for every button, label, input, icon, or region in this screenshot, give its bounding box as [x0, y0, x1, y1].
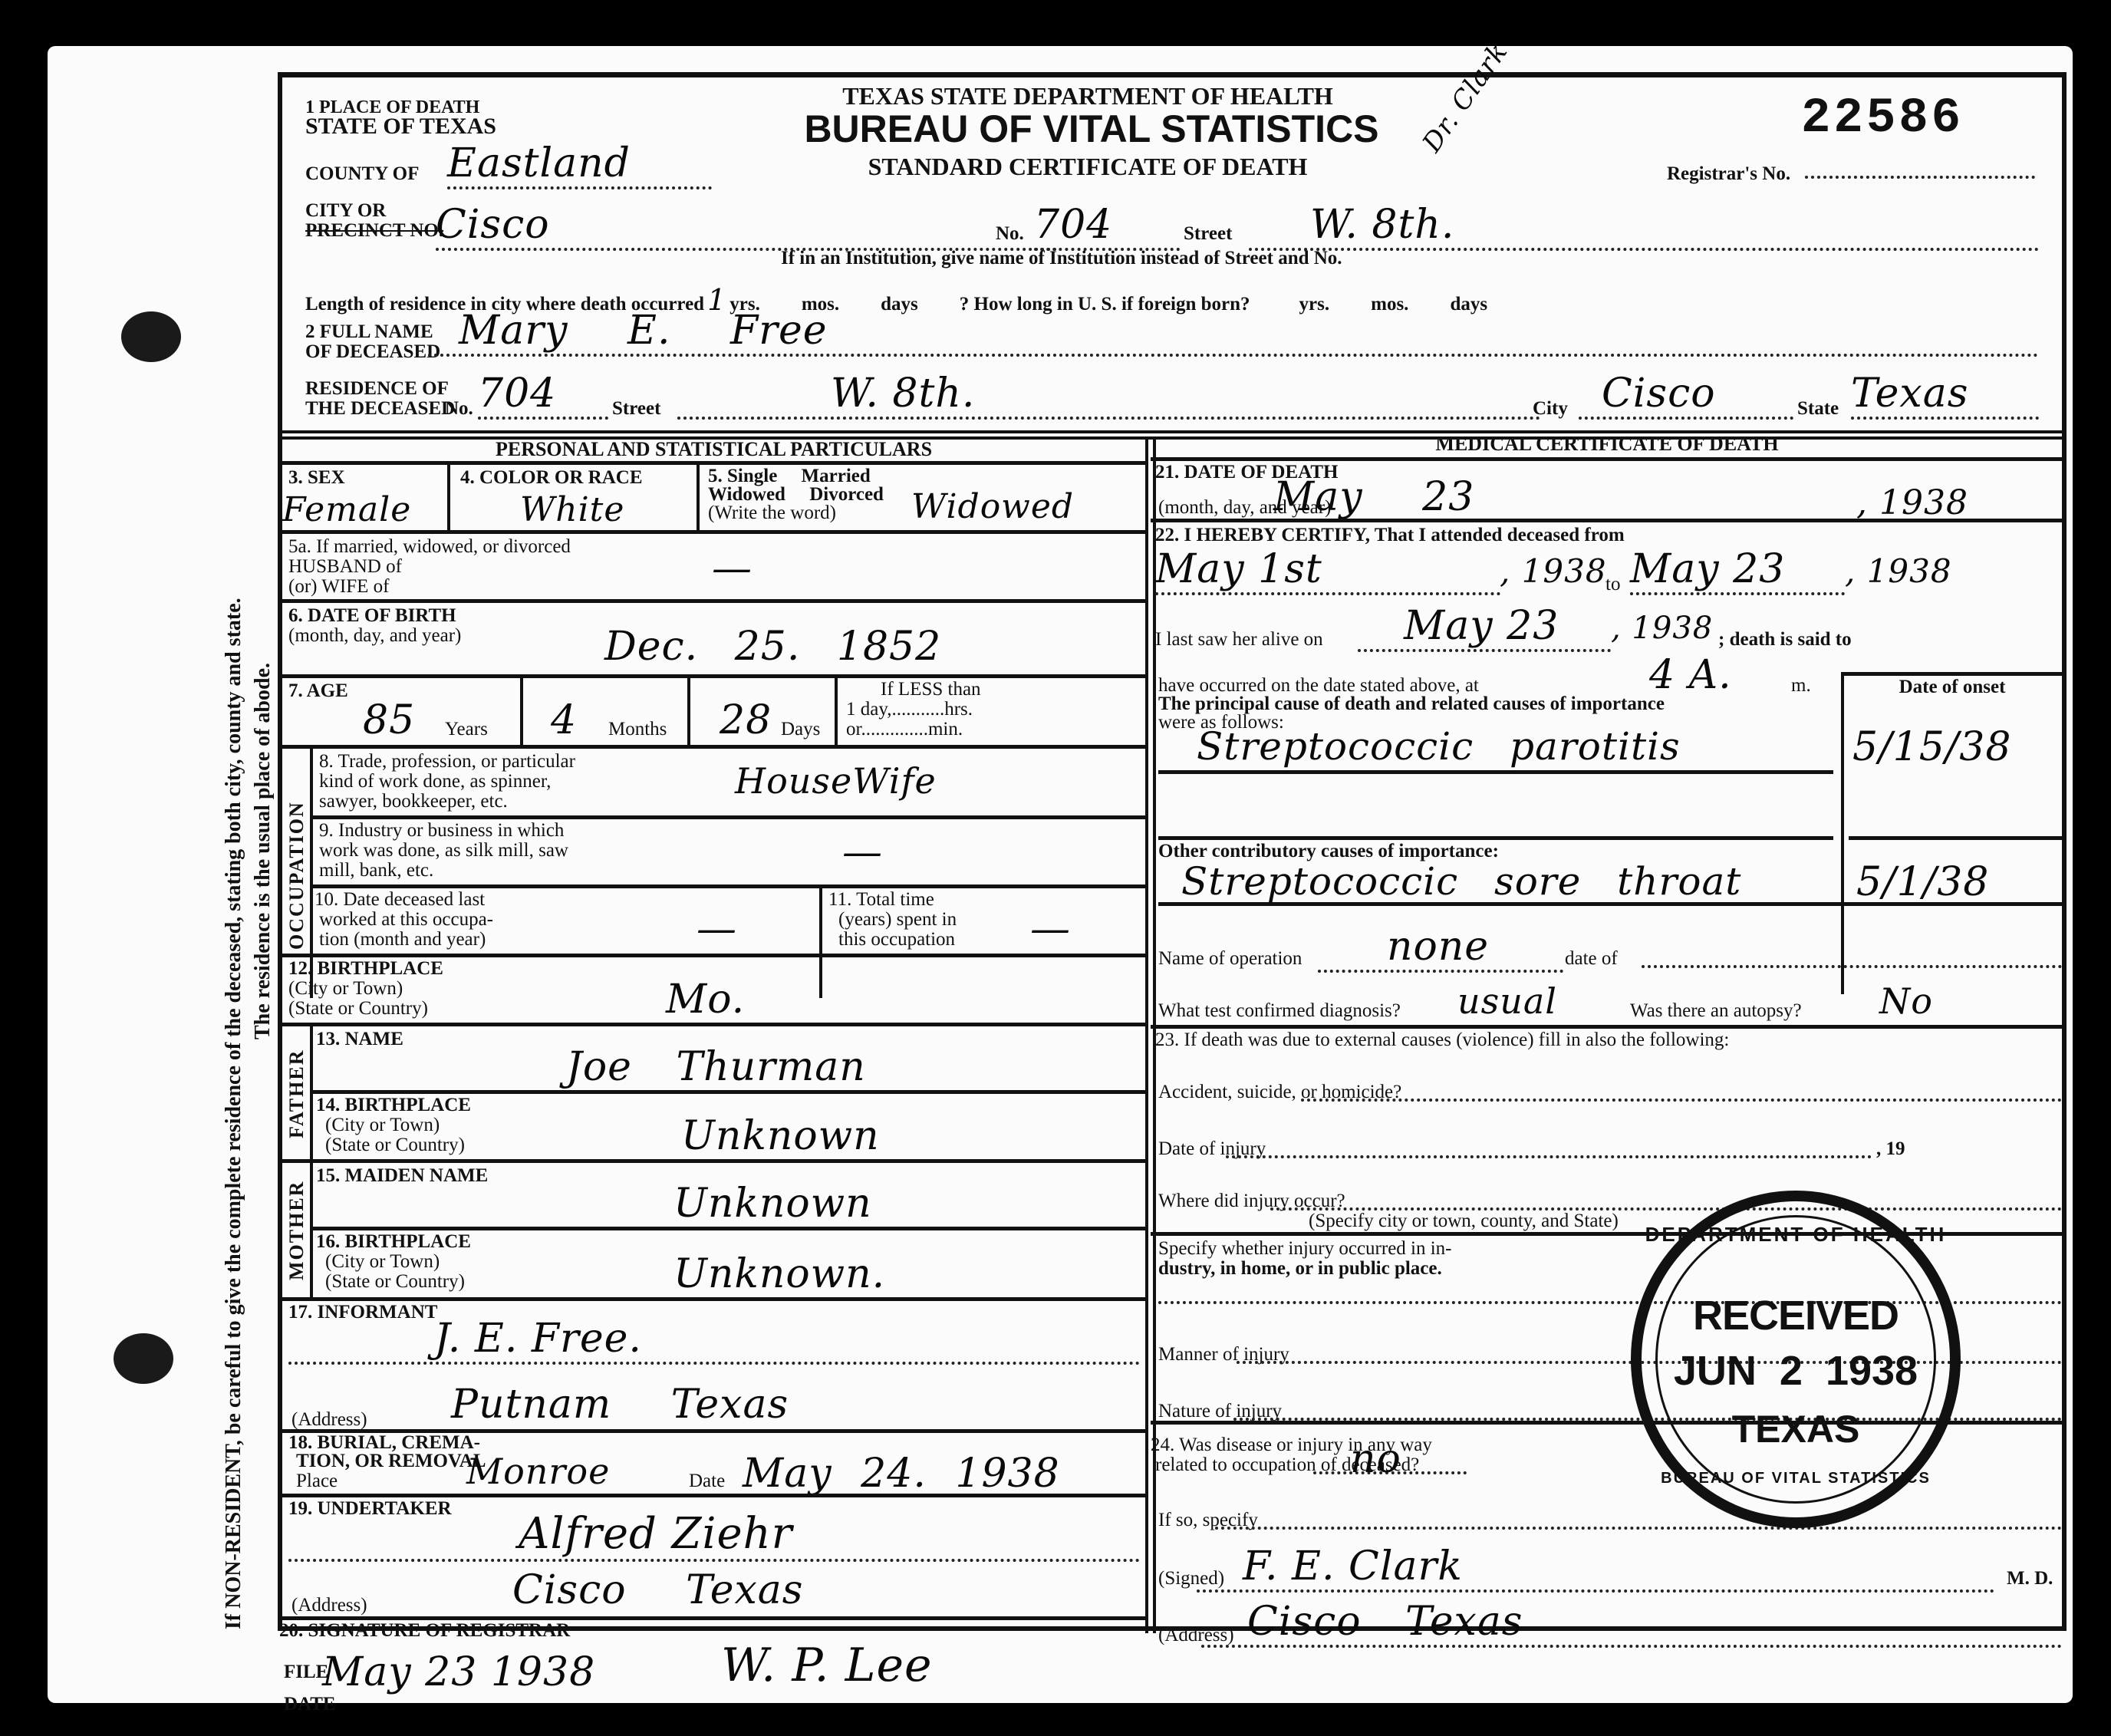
rule: [687, 674, 690, 745]
principal-cause-value: Streptococcic parotitis: [1197, 724, 1681, 769]
certificate-number: 22586: [1801, 91, 1964, 147]
rule: [1151, 519, 2063, 522]
rule: [282, 1297, 1145, 1301]
city-label-1: CITY OR: [305, 200, 386, 221]
medical-section-title: MEDICAL CERTIFICATE OF DEATH: [1151, 433, 2063, 456]
m-label: m.: [1791, 675, 1811, 697]
last-worked-label-3: tion (month and year): [319, 929, 486, 950]
days-label: Days: [781, 719, 820, 740]
attended-to-value: May 23: [1630, 546, 1845, 595]
full-name-label-2: OF DECEASED: [305, 341, 440, 362]
total-time-value: —: [1030, 906, 1071, 952]
autopsy-value: No: [1879, 980, 1933, 1022]
age-label: 7. AGE: [288, 680, 348, 701]
months-label: Months: [608, 719, 667, 740]
rule: [282, 530, 1145, 534]
dod-value: May 23: [1273, 474, 1474, 520]
specify-label: (Specify city or town, county, and State…: [1309, 1211, 1619, 1232]
total-time-label-3: this occupation: [838, 929, 955, 950]
age-years-value: 85: [363, 697, 415, 743]
rule: [1158, 770, 1833, 774]
rule: [1841, 672, 2063, 676]
res-street-value: W. 8th.: [677, 371, 1540, 420]
age-months-value: 4: [551, 697, 577, 743]
contributory-cause-value: Streptococcic sore throat: [1181, 859, 1741, 904]
rule: [282, 954, 1145, 957]
full-name-label-1: 2 FULL NAME: [305, 321, 433, 342]
undertaker-address-value: Cisco Texas: [512, 1567, 804, 1613]
file-date-value: May 23 1938: [322, 1649, 595, 1695]
informant-address-value: Putnam Texas: [451, 1382, 789, 1428]
total-time-label-2: (years) spent in: [838, 909, 957, 931]
last-saw-year: , 1938: [1611, 611, 1713, 646]
spouse-label-1: 5a. If married, widowed, or divorced: [288, 536, 571, 558]
rule: [282, 1023, 1145, 1026]
race-value: White: [520, 490, 624, 529]
rule: [282, 599, 1145, 603]
res-city-label: City: [1533, 398, 1568, 419]
personal-section-title: PERSONAL AND STATISTICAL PARTICULARS: [282, 438, 1145, 461]
mother-bp-label-3: (State or Country): [325, 1271, 465, 1293]
age-days-value: 28: [720, 697, 772, 743]
total-time-label-1: 11. Total time: [828, 889, 934, 911]
industry-label-1: 9. Industry or business in which: [319, 820, 564, 842]
undertaker-value: Alfred Ziehr: [288, 1509, 1140, 1562]
mother-bp-label-1: 16. BIRTHPLACE: [316, 1231, 471, 1252]
father-name-label: 13. NAME: [316, 1029, 403, 1049]
rule: [1151, 1025, 2063, 1029]
last-saw-value: May 23: [1358, 603, 1611, 652]
father-bp-value: Unknown: [681, 1113, 880, 1159]
principal-onset-value: 5/15/38: [1852, 724, 2011, 770]
rule: [310, 1090, 1145, 1094]
date-of-label: date of: [1565, 948, 1618, 970]
last-worked-label-1: 10. Date deceased last: [315, 889, 485, 911]
industry-q-label-1: Specify whether injury occurred in in-: [1158, 1238, 1452, 1260]
rule: [310, 1227, 1145, 1230]
undertaker-address-label: (Address): [291, 1595, 367, 1616]
side-instruction-line1: If NON-RESIDENT, be careful to give the …: [219, 72, 249, 1629]
sex-value: Female: [282, 490, 411, 529]
rule: [282, 1494, 1145, 1497]
trade-label-2: kind of work done, as spinner,: [319, 771, 551, 792]
physician-signature: F. E. Clark: [1197, 1543, 1994, 1593]
rule: [697, 461, 700, 530]
column-divider: [1145, 436, 1148, 1633]
rule: [310, 884, 1145, 888]
city-label-2: PRECINCT NO.: [305, 220, 443, 241]
rule: [835, 674, 838, 745]
street-no-value: 704: [1034, 202, 1180, 251]
operation-label: Name of operation: [1158, 948, 1302, 970]
county-value: Eastland: [447, 140, 712, 189]
res-no-value: 704: [478, 371, 608, 420]
physician-address-value: Cisco Texas: [1201, 1599, 2062, 1648]
burial-date-value: May 24. 1938: [743, 1451, 1060, 1497]
attended-from-year: , 1938: [1500, 552, 1607, 590]
rule: [1158, 836, 1833, 840]
mother-side-label: MOTHER: [285, 1165, 308, 1296]
bureau-title: BUREAU OF VITAL STATISTICS: [773, 107, 1410, 151]
trade-label-1: 8. Trade, profession, or particular: [319, 751, 575, 772]
punch-hole-bottom: [114, 1333, 173, 1384]
rule: [282, 1159, 1145, 1163]
test-value: usual: [1457, 980, 1557, 1022]
birthplace-label-2: (City or Town): [288, 978, 403, 1000]
father-bp-label-3: (State or Country): [325, 1135, 465, 1156]
mother-name-label: 15. MAIDEN NAME: [316, 1165, 488, 1186]
burial-place-label: Place: [296, 1471, 338, 1492]
industry-q-label-2: dustry, in home, or in public place.: [1158, 1258, 1442, 1280]
res-state-label: State: [1797, 398, 1839, 419]
less-label-2: 1 day,...........hrs.: [846, 699, 973, 720]
marital-value: Widowed: [911, 487, 1074, 526]
spouse-label-3: (or) WIFE of: [288, 576, 389, 598]
less-label-3: or..............min.: [846, 719, 963, 740]
stamp-ring-top: DEPARTMENT OF HEALTH: [1642, 1223, 1950, 1247]
burial-place-value: Monroe: [466, 1451, 610, 1492]
informant-address-label: (Address): [291, 1409, 367, 1431]
date-label: DATE: [284, 1694, 336, 1715]
stamp-received: RECEIVED: [1642, 1292, 1950, 1339]
registrar-no-label: Registrar's No.: [1667, 163, 1790, 184]
rule: [1151, 457, 2063, 461]
side-instructions: If NON-RESIDENT, be careful to give the …: [219, 72, 278, 1629]
informant-value: J. E. Free.: [288, 1316, 1140, 1365]
street-label: Street: [1184, 223, 1232, 244]
rule: [520, 674, 523, 745]
occ-related-value: no: [1350, 1436, 1401, 1482]
attended-from-value: May 1st: [1155, 546, 1500, 595]
accident-field: [1301, 1099, 2062, 1102]
punch-hole-top: [121, 311, 181, 362]
death-said-label: ; death is said to: [1718, 629, 1852, 651]
rule: [447, 461, 450, 530]
rule: [282, 674, 1145, 678]
side-instruction-line2: The residence is the usual place of abod…: [249, 72, 278, 1629]
stamp-state: TEXAS: [1642, 1407, 1950, 1451]
father-bp-label-1: 14. BIRTHPLACE: [316, 1095, 471, 1115]
sex-label: 3. SEX: [288, 467, 345, 488]
mother-name-value: Unknown: [673, 1181, 872, 1227]
rule: [1841, 672, 1844, 994]
rule: [819, 884, 822, 998]
street-value: W. 8th.: [1249, 202, 2039, 251]
res-no-label: No.: [445, 398, 473, 419]
injury-year-label: , 19: [1876, 1138, 1905, 1160]
street-no-label: No.: [996, 223, 1024, 244]
registrar-signature: W. P. Lee: [721, 1639, 933, 1692]
county-field: COUNTY OF Eastland: [305, 154, 712, 188]
marital-label-3: (Write the word): [708, 502, 836, 524]
industry-value: —: [842, 829, 883, 875]
rule: [282, 745, 1145, 749]
registrar-label: 20. SIGNATURE OF REGISTRAR: [279, 1620, 570, 1641]
if-so-field: [1215, 1527, 2062, 1530]
burial-date-label: Date: [689, 1471, 725, 1492]
birthplace-label-3: (State or Country): [288, 998, 428, 1020]
father-side-label: FATHER: [285, 1029, 308, 1159]
trade-value: HouseWife: [735, 760, 937, 802]
rule: [1849, 836, 2063, 840]
residence-label-2: THE DECEASED: [305, 398, 455, 419]
md-label: M. D.: [2007, 1568, 2053, 1589]
mother-bp-value: Unknown.: [673, 1251, 885, 1297]
race-label: 4. COLOR OR RACE: [460, 467, 643, 488]
dob-label-2: (month, day, and year): [288, 625, 461, 647]
certificate-title: STANDARD CERTIFICATE OF DEATH: [773, 153, 1402, 181]
res-city-value: Cisco: [1579, 371, 1793, 420]
father-name-value: Joe Thurman: [566, 1044, 866, 1090]
last-saw-label: I last saw her alive on: [1155, 629, 1323, 651]
date-of-operation-field: [1642, 965, 2062, 968]
rule: [1158, 902, 2063, 906]
birthplace-label-1: 12. BIRTHPLACE: [288, 958, 443, 979]
external-label: 23. If death was due to external causes …: [1155, 1029, 1729, 1051]
burial-label-1: 18. BURIAL, CREMA-: [288, 1432, 480, 1453]
dob-value: Dec. 25. 1852: [604, 624, 941, 670]
birthplace-value: Mo.: [666, 977, 745, 1023]
trade-label-3: sawyer, bookkeeper, etc.: [319, 791, 508, 812]
stamp-date: JUN 2 1938: [1642, 1347, 1950, 1395]
time-value: 4 A.: [1649, 652, 1732, 698]
deceased-name-value: Mary E. Free: [428, 308, 2039, 357]
institution-note: If in an Institution, give name of Insti…: [781, 248, 1342, 269]
contributory-onset-value: 5/1/38: [1856, 859, 1989, 905]
to-label: to: [1605, 574, 1620, 595]
father-bp-label-2: (City or Town): [325, 1115, 440, 1136]
spouse-value: —: [712, 545, 753, 591]
injury-date-field: [1226, 1155, 1872, 1158]
rule: [310, 815, 1145, 819]
years-label: Years: [445, 719, 488, 740]
operation-value: none: [1318, 924, 1563, 973]
registrar-no-field: [1805, 176, 2035, 179]
res-street-label: Street: [612, 398, 660, 419]
res-state-value: Texas: [1851, 371, 2039, 420]
last-worked-label-2: worked at this occupa-: [319, 909, 493, 931]
state-of-texas-label: STATE OF TEXAS: [305, 116, 496, 137]
certify-label: 22. I HEREBY CERTIFY, That I attended de…: [1155, 525, 1625, 545]
marital-label-2: Widowed Divorced: [708, 484, 884, 505]
less-label-1: If LESS than: [881, 679, 981, 700]
marital-label-1: 5. Single Married: [708, 466, 871, 486]
received-stamp: DEPARTMENT OF HEALTH RECEIVED JUN 2 1938…: [1631, 1191, 1961, 1528]
mother-bp-label-2: (City or Town): [325, 1251, 440, 1273]
dob-label-1: 6. DATE OF BIRTH: [288, 605, 456, 626]
rule: [282, 461, 1145, 465]
city-value: Cisco: [436, 202, 1057, 251]
stamp-ring-bottom: BUREAU OF VITAL STATISTICS: [1642, 1470, 1950, 1487]
industry-label-2: work was done, as silk mill, saw: [319, 840, 568, 861]
last-worked-value: —: [697, 906, 737, 952]
attended-to-year: , 1938: [1845, 552, 1952, 590]
test-label: What test confirmed diagnosis?: [1158, 1000, 1401, 1022]
autopsy-label: Was there an autopsy?: [1630, 1000, 1802, 1022]
dod-year: , 1938: [1856, 483, 1968, 522]
residence-label-1: RESIDENCE OF: [305, 378, 449, 399]
onset-header: Date of onset: [1849, 677, 2056, 697]
burial-label-2: TION, OR REMOVAL: [296, 1451, 486, 1471]
industry-label-3: mill, bank, etc.: [319, 860, 433, 881]
spouse-label-2: HUSBAND of: [288, 556, 402, 578]
county-label: COUNTY OF: [305, 163, 419, 184]
